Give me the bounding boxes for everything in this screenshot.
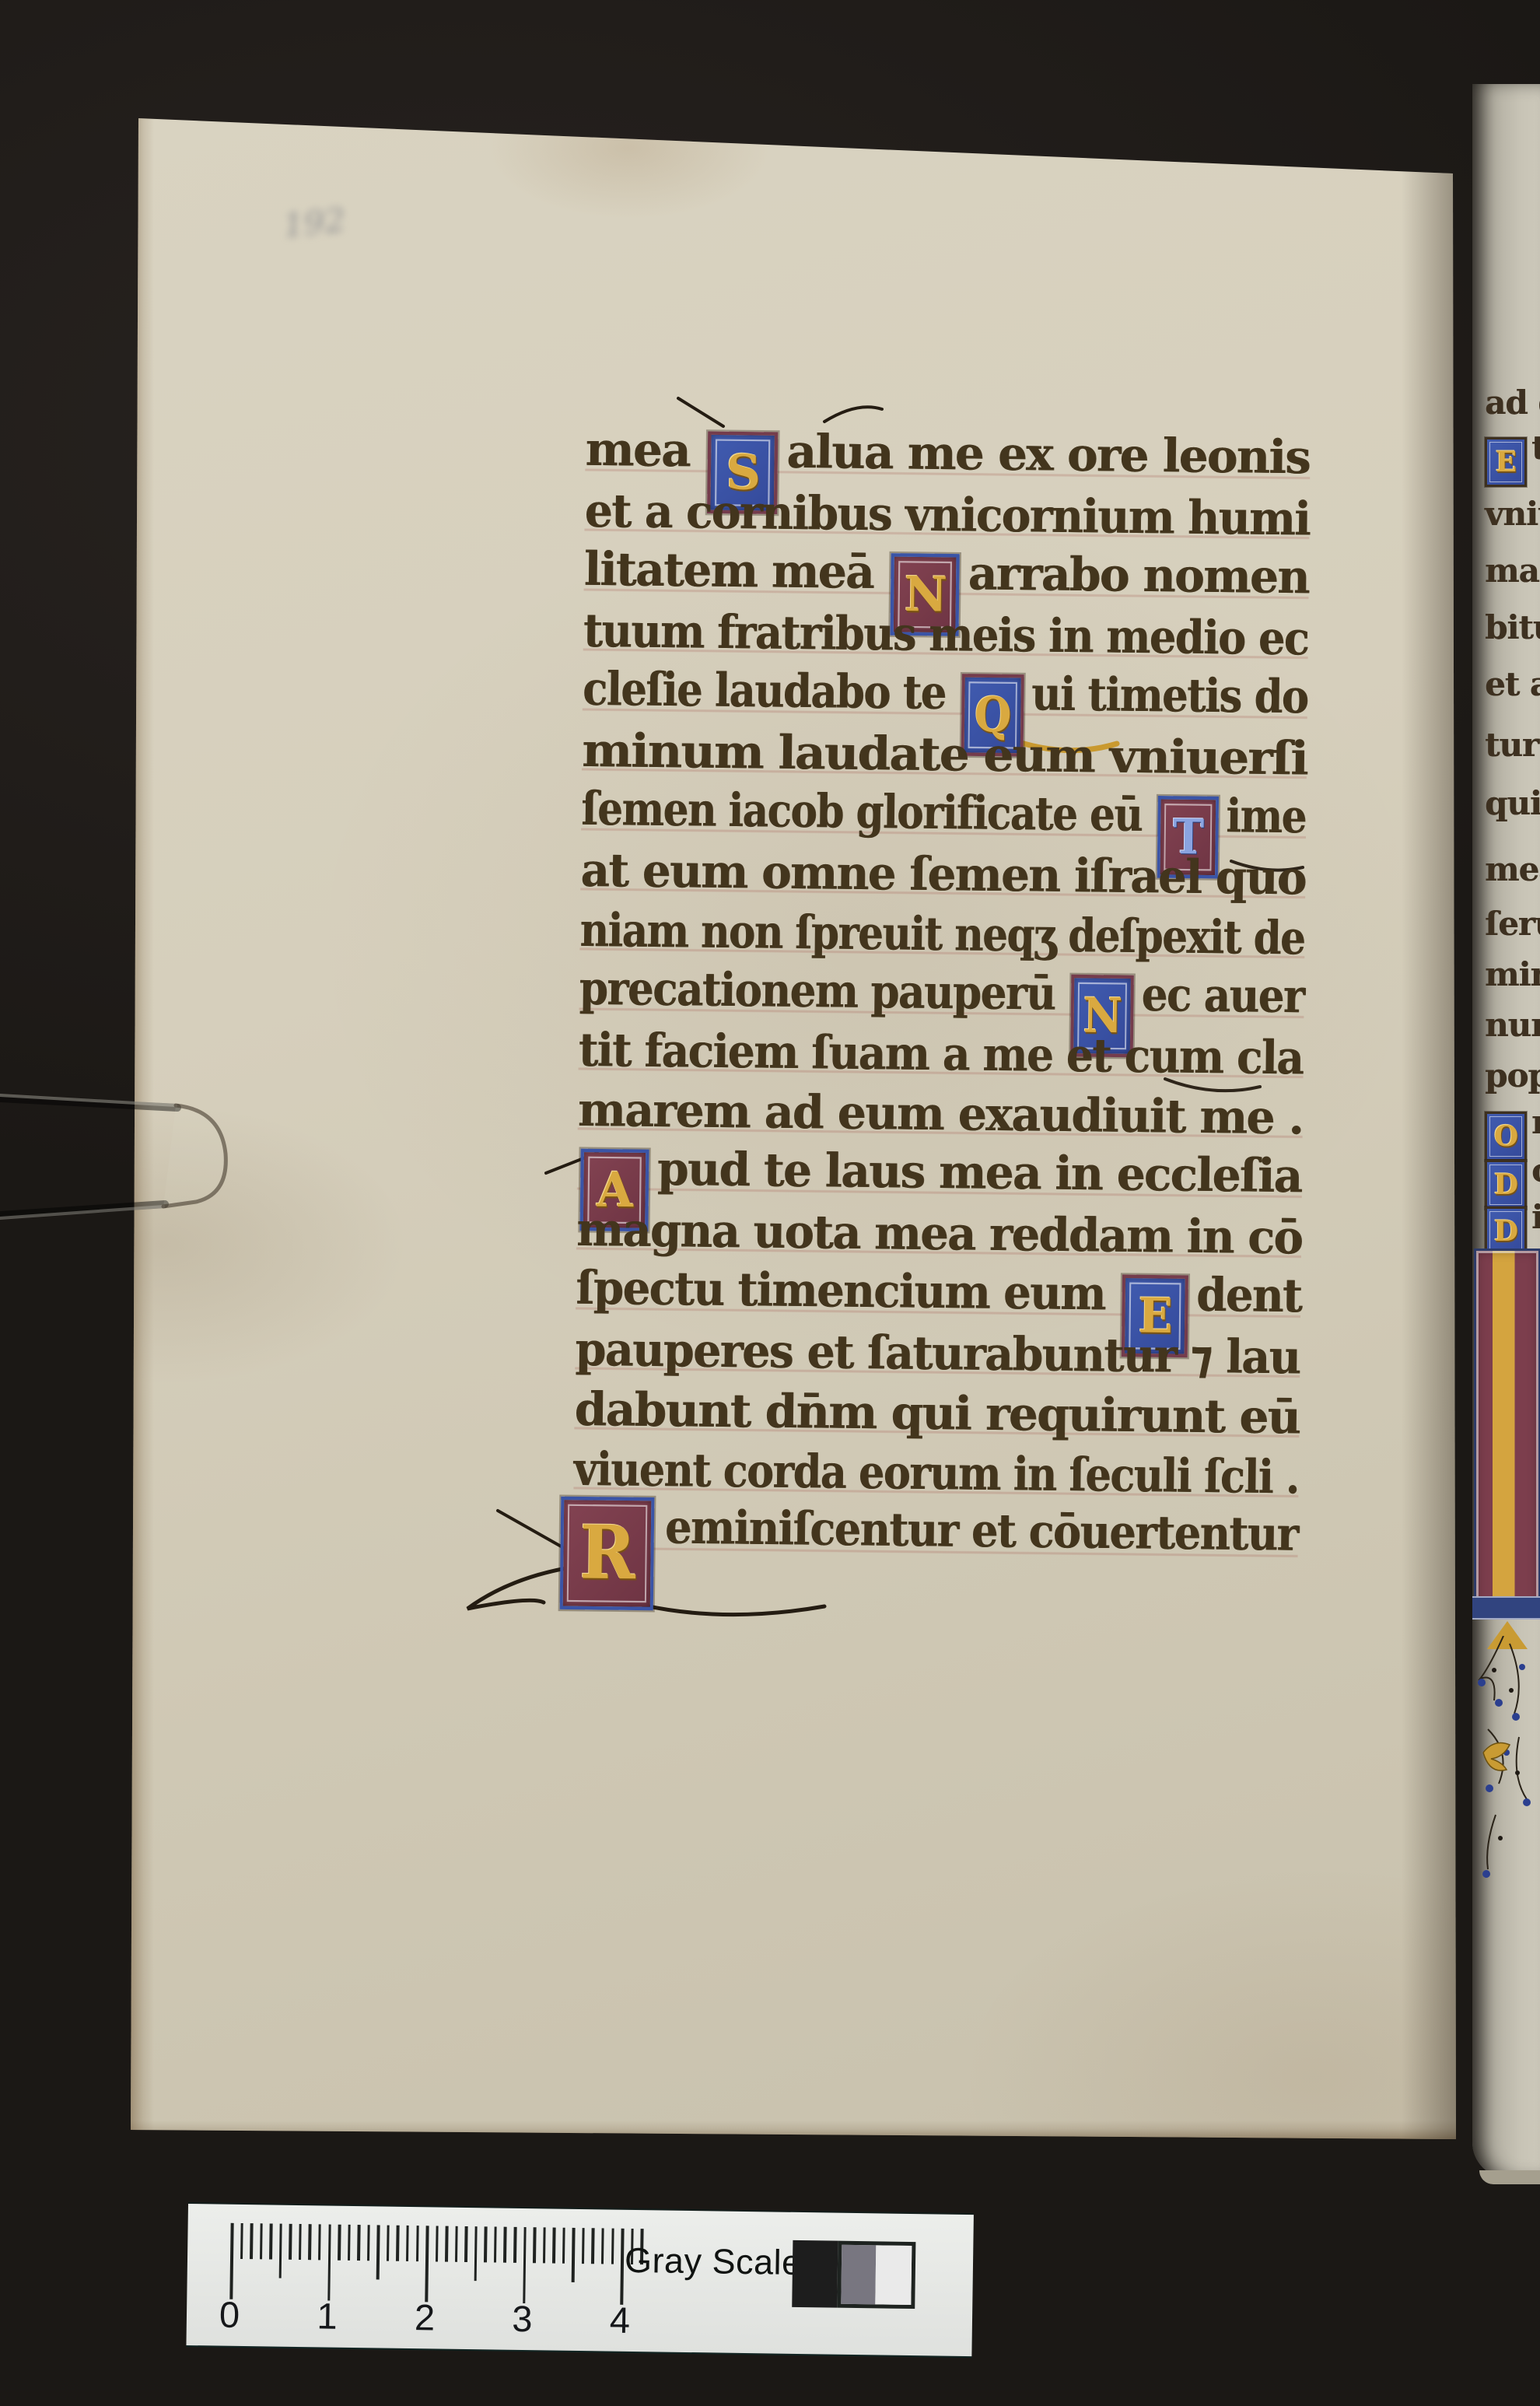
ruler-tick [455,2226,458,2262]
ruler-number: 3 [512,2300,533,2337]
ruler-tick [533,2227,536,2263]
text-segment: mant i [1485,552,1540,590]
large-illuminated-initial [1474,1249,1540,1616]
text-segment: tit faciem ſuam a me et cum cla [578,1022,1303,1085]
ruler-tick [289,2224,292,2260]
ruler-tick [543,2227,546,2263]
gray-scale-patch-gray [841,2245,876,2305]
right-page-fragment-line: vniuer [1485,492,1540,536]
ruler-tick [436,2226,439,2261]
ruler-tick [250,2223,253,2259]
ruler-tick [620,2229,624,2305]
manuscript-left-page: 192 mea Salua me ex ore leoniset a corni… [131,117,1456,2141]
under-leaf-edge [1479,2170,1540,2184]
text-segment: alua me ex ore leonis [786,424,1310,485]
text-segment: pud te laus mea in eccleſia [657,1141,1302,1203]
ruler-tick [445,2226,448,2262]
text-segment: ime [1226,788,1306,844]
ruler-number: 4 [610,2302,631,2338]
text-segment: mea [585,422,705,478]
ruler: 01234 Gray Scale [186,2204,973,2356]
gold-ivy-leaf [1483,1743,1510,1771]
page-fore-edge-bottom [131,2121,1456,2141]
right-page-fragment-line: mant i [1485,549,1540,593]
ruler-tick [260,2223,263,2259]
text-segment: mea illi [1485,850,1540,888]
pencil-page-number: 192 [282,201,348,245]
text-segment: ſpectu timencium eum [576,1260,1119,1321]
ruler-number: 0 [219,2296,240,2333]
text-segment: ad dm̄ [1485,383,1540,422]
ruler-tick [513,2227,516,2263]
manuscript-photo-scene: 192 mea Salua me ex ore leoniset a corni… [0,0,1540,2406]
ruler-tick [229,2223,233,2299]
text-segment: precationem pauperū [579,961,1068,1021]
text-segment: om [1531,1151,1540,1189]
text-segment: cleſie laudabo te [583,661,959,720]
ruler-tick [503,2227,506,2263]
text-segment: at eum omne ſemen iſrael quo [580,842,1306,905]
text-segment: nunciab [1485,1006,1540,1044]
text-segment: mino gr [1485,955,1540,993]
ruler-tick [299,2224,302,2260]
psalm-text-block: mea Salua me ex ore leoniset a cornibus … [572,422,1311,1567]
ruler-tick [552,2228,555,2264]
ruler-tick [376,2225,380,2279]
text-segment: vniuer [1485,495,1540,533]
text-segment: bitur g [1485,608,1540,646]
text-segment: dent [1196,1267,1302,1323]
gray-scale-label: Gray Scale [625,2243,802,2280]
ruler-tick [425,2226,429,2302]
ruler-numbers: 01234 [188,2204,974,2215]
right-page-fragment-line: qui deſc [1485,782,1540,825]
ruler-tick [338,2225,341,2261]
text-segment: et adie [1485,665,1540,703]
text-segment: ſemen iacob glorificate eū [581,781,1155,842]
ruler-tick [523,2227,527,2303]
text-segment: eminiſcentur et cōuertentur [665,1499,1298,1561]
ruler-tick [318,2224,321,2260]
text-segment: t a [1531,429,1540,467]
ruler-tick [601,2228,604,2264]
ruler-tick [396,2226,399,2261]
ruler-tick [464,2226,467,2262]
text-segment: ec auer [1141,967,1304,1024]
ruler-tick [367,2225,370,2261]
initial-letter: O [1494,1122,1517,1150]
text-segment: ſeruet ip [1485,905,1540,943]
right-page-fragment-line: mea illi [1485,848,1540,891]
ruler-number: 1 [317,2297,338,2334]
right-page-fragment-line: ſeruet ip [1485,902,1540,946]
text-line-content: Reminiſcentur et cōuertentur [572,1493,1298,1617]
ruler-tick [591,2228,594,2264]
ruler-tick [406,2226,409,2261]
right-page-fragment-line: Et a [1485,426,1540,487]
ruler-tick [308,2224,311,2260]
right-page-fragment-line: et adie [1485,663,1540,706]
right-page-fragment-line: bitur g [1485,606,1540,650]
page-fore-edge-left [131,117,154,2141]
initial-letter: R [579,1516,635,1590]
ruler-tick [484,2226,487,2262]
ruler-tick [474,2226,477,2281]
ruler-tick [582,2228,585,2264]
text-segment: dabunt dn̄m qui requirunt eū [574,1382,1300,1445]
gray-scale-patch-frame [837,2241,915,2309]
text-segment: qui deſc [1485,784,1540,822]
right-page-fragment-line: tur m [1485,723,1540,767]
illuminated-initial: R [560,1497,655,1611]
ruler-tick [357,2225,360,2261]
ruler-tick [327,2225,331,2301]
ruler-number: 2 [415,2299,436,2335]
text-segment: ui timetis do [1031,666,1308,723]
gray-scale-patch-white [875,2245,912,2305]
text-segment: arrabo nomen [968,545,1309,604]
ruler-ticks [188,2204,974,2215]
gutter-shadow [1402,117,1456,2141]
ruler-tick [240,2223,243,2259]
illuminated-initial: E [1485,437,1527,487]
text-segment: tur m [1485,726,1540,764]
text-segment: m [1531,1103,1540,1141]
text-segment: niam non ſpreuit neqʒ deſpexit de [579,902,1304,965]
ruler-tick [562,2228,565,2264]
text-segment: litatem meā [583,541,888,600]
gray-scale-patch-black [792,2240,838,2308]
right-page-fragment-line: nunciab [1485,1003,1540,1047]
ruler-tick [415,2226,418,2261]
ruler-tick [494,2226,497,2262]
ivy-spray-decoration [1472,1636,1540,2103]
text-segment: pauperes et ſaturabuntur ⁊ lau [575,1322,1300,1385]
manuscript-right-page-fragment: ad dm̄Et avniuermant ibitur get adietur … [1472,84,1540,2178]
ruler-tick [572,2228,575,2282]
initial-letter: E [1496,448,1516,476]
ruler-tick [387,2226,390,2261]
initial-letter: D [1494,1171,1517,1199]
right-page-fragment-line: populo q [1485,1054,1540,1098]
ruler-tick [278,2224,282,2278]
ruler-tick [269,2223,272,2259]
initial-blue-band [1472,1596,1540,1620]
ruler-tick [348,2225,351,2261]
right-page-fragment-line: mino gr [1485,953,1540,996]
right-page-fragment-line: ad dm̄ [1485,381,1540,425]
ruler-tick [611,2229,614,2264]
manuscript-text-line: Reminiſcentur et cōuertentur [572,1500,1298,1568]
right-page-fragment-line: Dit [1485,1196,1540,1256]
initial-letter: D [1494,1217,1517,1245]
text-segment: populo q [1485,1056,1540,1094]
text-segment: it [1531,1198,1540,1236]
